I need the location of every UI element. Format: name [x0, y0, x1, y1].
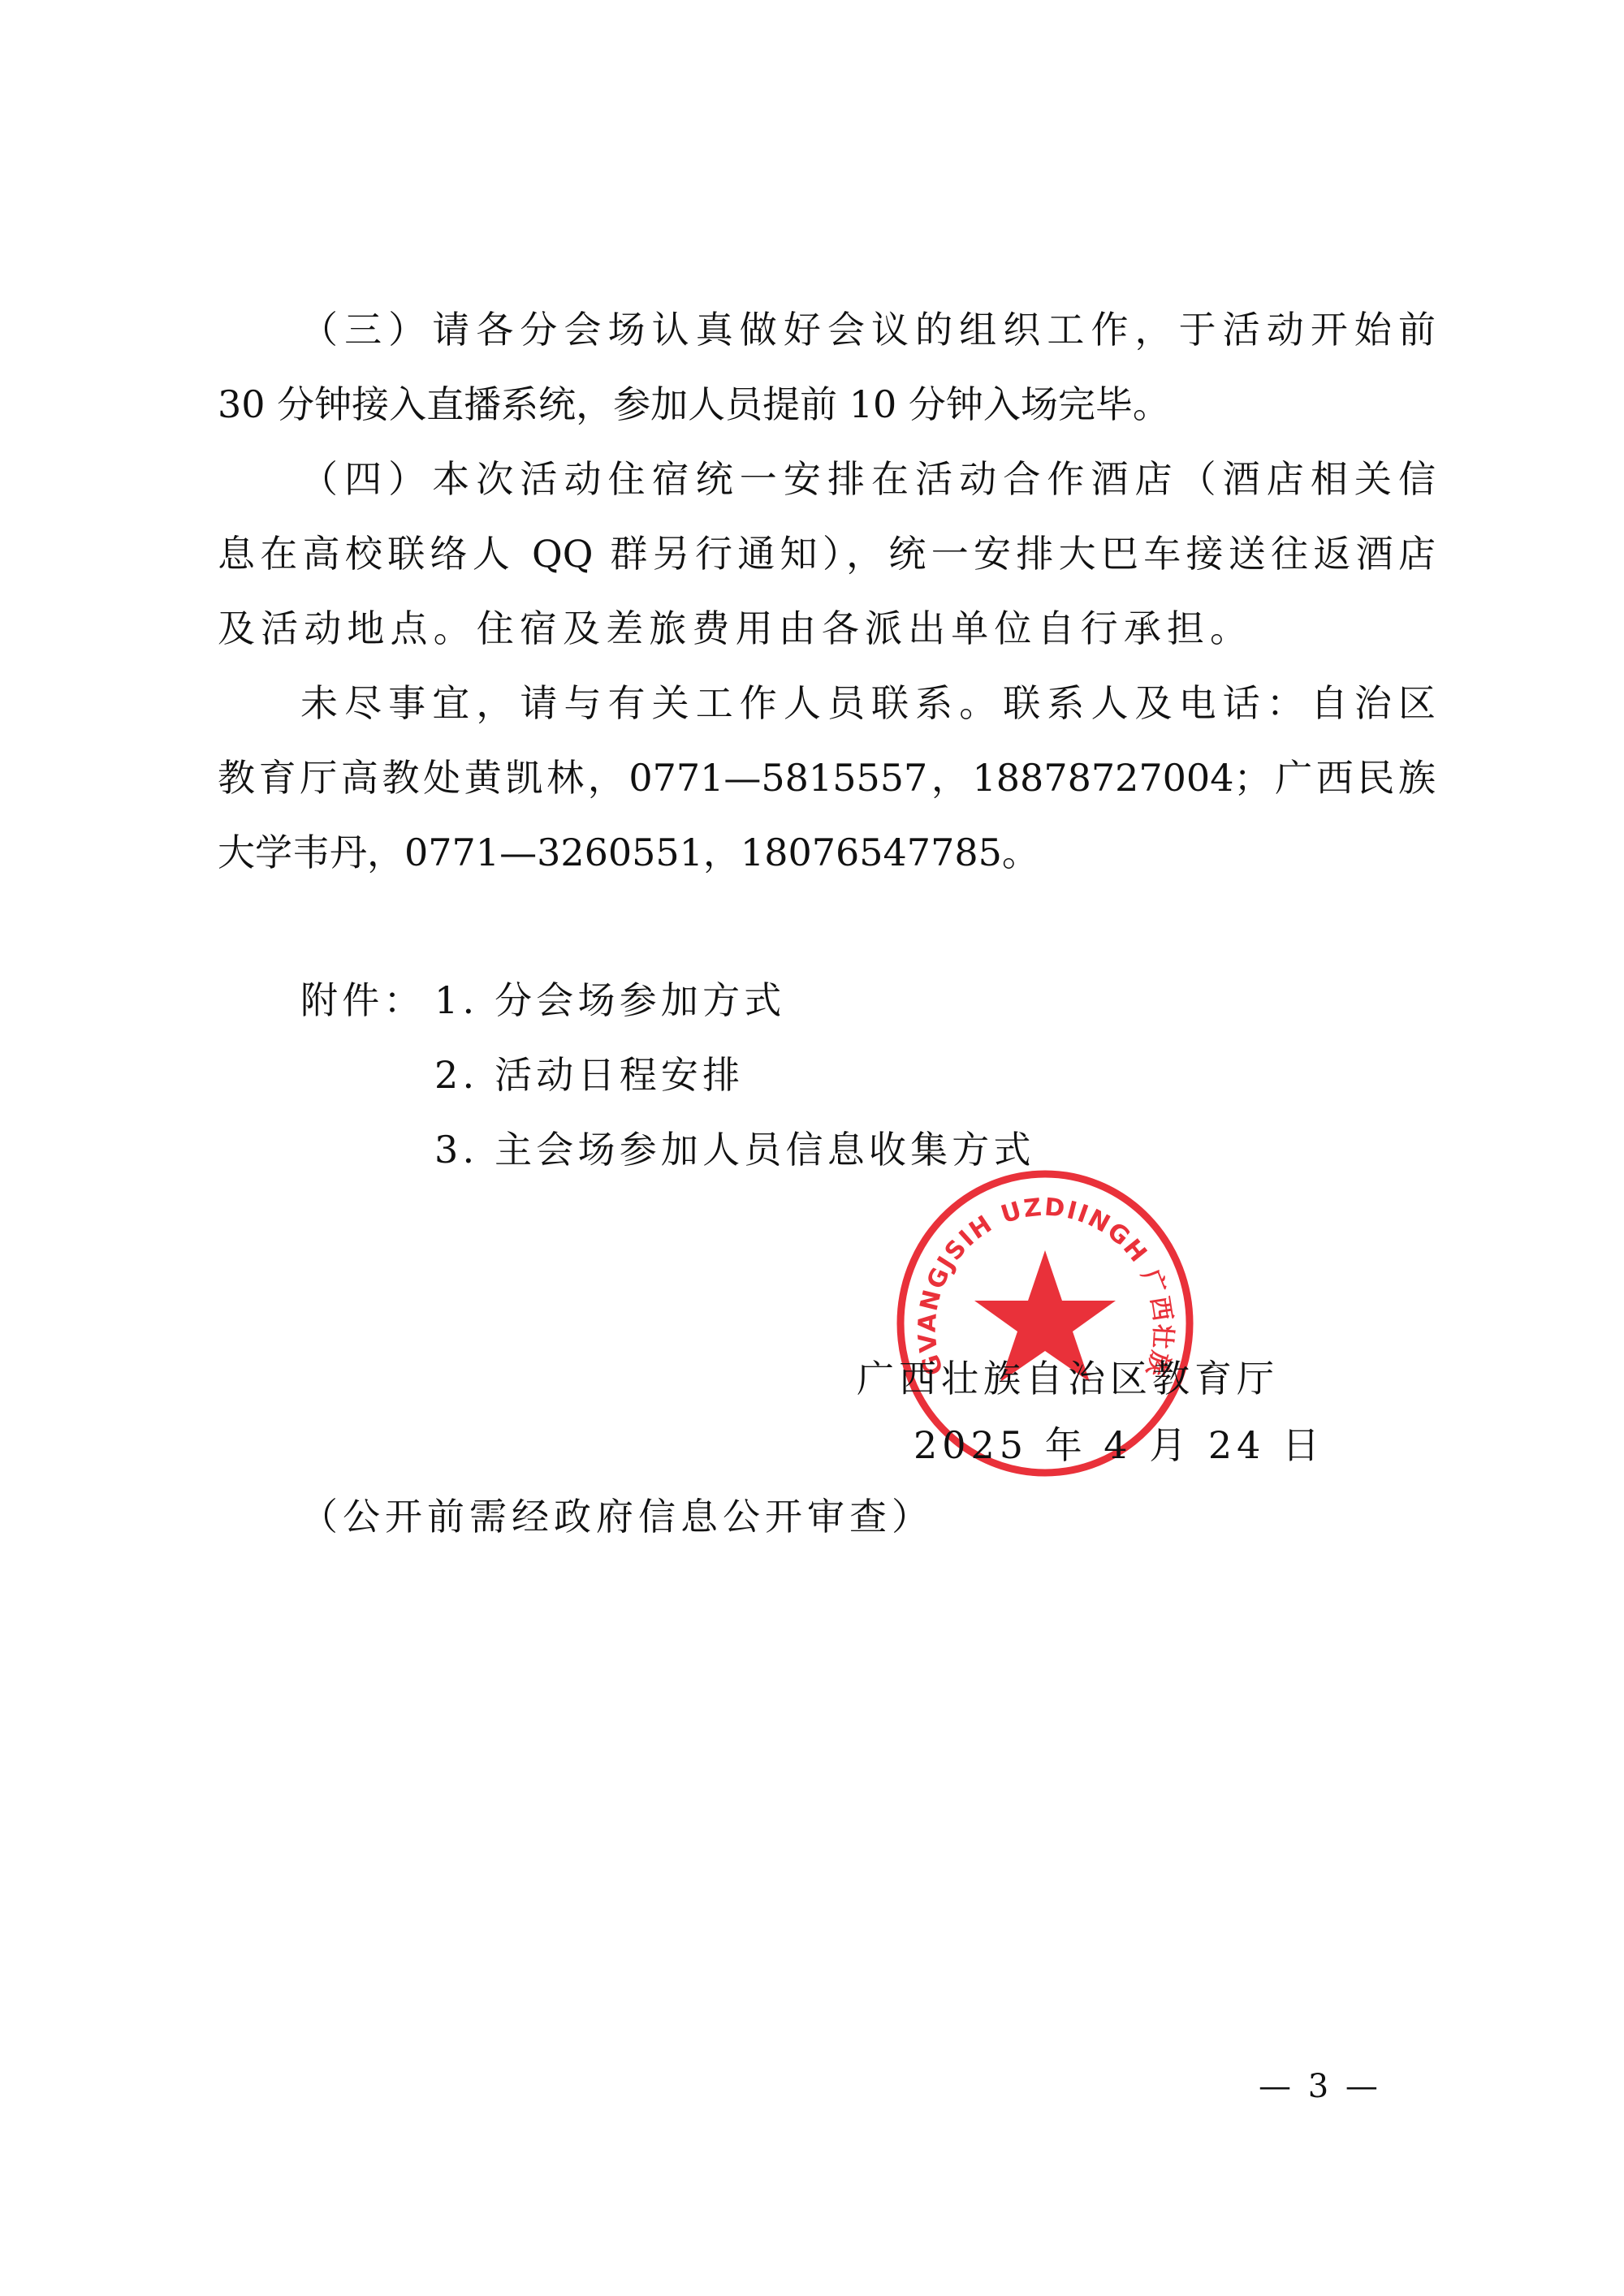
paragraph-4-line-2: 息在高校联络人 QQ 群另行通知），统一安排大巴车接送往返酒店: [218, 531, 1436, 576]
document-page: （三）请各分会场认真做好会议的组织工作，于活动开始前 30 分钟接入直播系统，参…: [0, 0, 1624, 2296]
contact-line-3: 大学韦丹，0771—3260551，18076547785。: [218, 830, 948, 875]
attachment-item-1: 1. 分会场参加方式: [434, 978, 786, 1023]
issuing-organization: 广西壮族自治区教育厅: [857, 1356, 1279, 1401]
paragraph-4-line-3: 及活动地点。住宿及差旅费用由各派出单位自行承担。: [218, 606, 1247, 651]
issue-date: 2025 年 4 月 24 日: [914, 1422, 1324, 1468]
page-number: — 3 —: [1259, 2066, 1381, 2107]
attachments-label: 附件：: [300, 978, 425, 1023]
paragraph-4-line-1: （四）本次活动住宿统一安排在活动合作酒店（酒店相关信: [300, 456, 1436, 502]
paragraph-3-line-1: （三）请各分会场认真做好会议的组织工作，于活动开始前: [300, 307, 1436, 352]
contact-line-2: 教育厅高教处黄凯林，0771—5815557，18878727004；广西民族: [218, 755, 1436, 801]
attachment-item-2: 2. 活动日程安排: [434, 1052, 744, 1098]
contact-line-1: 未尽事宜，请与有关工作人员联系。联系人及电话：自治区: [300, 680, 1436, 726]
attachment-item-3: 3. 主会场参加人员信息收集方式: [434, 1127, 1035, 1172]
paragraph-3-line-2: 30 分钟接入直播系统，参加人员提前 10 分钟入场完毕。: [218, 382, 1070, 427]
disclosure-note: （公开前需经政府信息公开审查）: [300, 1494, 934, 1539]
